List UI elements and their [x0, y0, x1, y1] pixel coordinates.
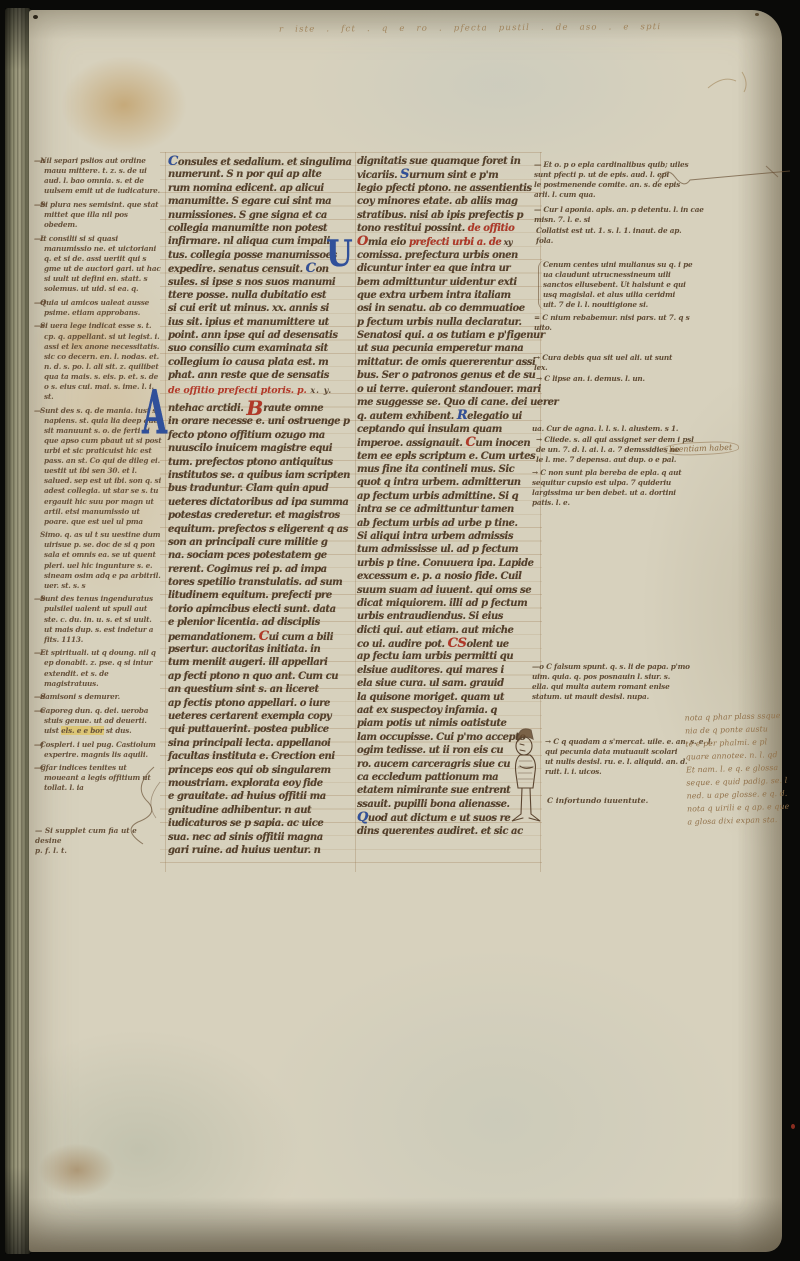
text-line: dicti qui. aut etiam. aut miche [357, 624, 535, 637]
gloss-line: = C nium rebabemur. nisi pars. ut 7. q s [534, 313, 689, 323]
text-line: dignitatis sue quamque foret in [357, 155, 535, 168]
text-line: infirmare. nl aliqua cum impali [168, 235, 344, 248]
gloss-entry: —c It consilii si si quasi manumissio ne… [35, 234, 162, 295]
right-gloss-group: ua. Cur de agna. l. l. s. l. alustem. s … [532, 424, 678, 434]
text-line: quot q intra urbem. admitterun [357, 476, 535, 489]
gloss-text: Cospleri. i uel pug. Castiolum experire.… [35, 740, 162, 760]
text-line: Senatosi qui. a os tutiam e p'figenur [357, 329, 535, 342]
text-line: na. sociam pces potestatem ge [168, 549, 344, 562]
right-gloss-group: Collatist est ut. 1. s. l. 1. inaut. de … [536, 226, 682, 246]
gloss-text: Et spirituali. ut q doung. nil q ep dona… [35, 648, 162, 688]
gloss-line: uito. [534, 323, 689, 333]
gloss-line: — Cur l aponia. apls. an. p detentu. l. … [534, 205, 704, 215]
text-line: si cui erit ut minus. xx. annis si [168, 302, 344, 315]
text-line: moustriam. explorata eoy fide [168, 777, 344, 790]
cursive-marginalia: nota q phar plass ssquenia de q ponte au… [684, 709, 799, 829]
text-line: gari ruine. ad huius uentur. n [168, 844, 344, 857]
gloss-text: Nil separi pslios aut ordine mauu mitter… [35, 156, 162, 196]
text-line: sina principali lecta. appellanoi [168, 737, 344, 750]
gloss-line: Collatist est ut. 1. s. l. 1. inaut. de … [536, 226, 682, 236]
figure-below-note: C infortundo iuuentute. [547, 796, 648, 805]
text-line: urbis entraudiendus. Si eius [357, 610, 535, 623]
text-line: manumitte. S egare cui sint ma [168, 195, 344, 208]
rubric-tail: x. y. [307, 385, 333, 395]
text-line: Consules et sedalium. et singulima [168, 155, 344, 168]
gloss-line: le l. me. 7 depensa. aut dup. o e pal. [536, 455, 694, 465]
text-line: institutos se. a quibus iam scripten [168, 469, 344, 482]
text-line: nuuscilo inuicem magistre equi [168, 442, 344, 455]
gloss-line: usq magislal. et alus uilia ceridmi [543, 290, 692, 300]
text-line: numissiones. S gne signa et ca [168, 209, 344, 222]
text-line: e grauitate. ad huius offitii ma [168, 790, 344, 803]
text-line: sua. nec ad sinis offitii magna [168, 831, 344, 844]
text-line: tores spetilio transtulatis. ad sum [168, 576, 344, 589]
left-gloss-column: —a Nil separi pslios aut ordine mauu mit… [35, 156, 162, 797]
text-line: ela siue cura. ul sam. grauid [357, 677, 535, 690]
text-line: vicariis. Surnum sint e p'm [357, 168, 535, 181]
text-line: son an principali cure militie g [168, 536, 344, 549]
text-line: elsiue auditores. qui mares i [357, 664, 535, 677]
gloss-text: Quia ui amicos ualeat ausse psime. etiam… [35, 298, 162, 318]
gloss-text: Caporeg dun. q. dei. ueroba stuis genue.… [35, 706, 162, 736]
right-gloss-group: — Cur l aponia. apls. an. p detentu. l. … [534, 205, 704, 225]
text-line: bus traduntur. Clam quin apud [168, 482, 344, 495]
illuminated-initial-u: U [326, 236, 353, 272]
text-line: suum suam ad iuuent. qui oms se [357, 584, 535, 597]
gloss-line: ella. qui multa autem romant enlse [532, 682, 690, 692]
text-line: sules. si ipse s nos suos manumi [168, 276, 344, 289]
gloss-entry: Simo. q. as ul t su uestine dum uirisue … [35, 530, 162, 591]
text-line: ttere posse. nulla dubitatio est [168, 289, 344, 302]
text-line: e plenior licentia. ad disciplis [168, 616, 344, 629]
red-rubric: de offitio prefecti ptoris. p. x. y. [168, 385, 332, 396]
text-line: ap fectis ptono appellari. o iure [168, 697, 344, 710]
text-line: bem admittuntur uidentur exti [357, 276, 535, 289]
text-line: torio apimcibus electi sunt. data [168, 603, 344, 616]
gloss-line: → C lipse an. i. demus. l. un. [536, 374, 645, 384]
tie-mark: —g [34, 763, 46, 773]
text-line: que extra urbem intra italiam [357, 289, 535, 302]
gloss-line: sanctos ellusebent. Ut halsiunt e qui [543, 280, 692, 290]
gloss-text: Simo. q. as ul t su uestine dum uirisue … [35, 530, 162, 591]
right-gloss-group: → Cura debis qua sit uel ali. ut suntlex… [534, 353, 672, 373]
gloss-text: Sunt des tenus ingenduratus pulsilei ual… [35, 594, 162, 644]
text-line: ab fectum urbis ad urbe p tine. [357, 517, 535, 530]
text-line: tum admississe ul. ad p fectum [357, 543, 535, 556]
text-line: tus. collegia posse manumissoes [168, 249, 344, 262]
tie-mark: —d [34, 298, 46, 308]
gloss-entry: —d Samisoni s demurer. [35, 692, 162, 702]
text-line: tum. prefectos ptono antiquitus [168, 456, 344, 469]
gloss-line: fola. [536, 236, 682, 246]
gloss-line: → C non sunt pla bereba de epla. q aut [532, 468, 681, 478]
text-line: numerunt. S n por qui ap alte [168, 168, 344, 181]
gloss-line: lex. [534, 363, 672, 373]
pen-flourish [648, 158, 796, 198]
gloss-line: sequitur cupsio est ulpa. 7 quideriu [532, 478, 681, 488]
text-line: o ui terre. quieront standouer. mari [357, 383, 535, 396]
right-gloss-group-braced: Cenum centes uini mulianus su q. i peua … [538, 260, 692, 310]
top-inscription: r iste . fct . q e ro . pfecta pustil . … [279, 21, 779, 34]
gloss-line: patis. l. e. [532, 498, 681, 508]
right-gloss-group: —o C falsum spunt. q. s. li de papa. p'm… [532, 662, 690, 702]
right-gloss-group: → C non sunt pla bereba de epla. q autse… [532, 468, 681, 508]
tie-mark: —a [34, 156, 45, 166]
tie-mark: —c [34, 234, 45, 244]
tie-mark: —b [34, 200, 46, 210]
vertical-rule [355, 152, 356, 872]
text-line: phat. ann reste que de sensatis [168, 369, 344, 382]
right-gloss-group: = C nium rebabemur. nisi pars. ut 7. q s… [534, 313, 689, 333]
gloss-entry: —e Caporeg dun. q. dei. ueroba stuis gen… [35, 706, 162, 736]
text-line: pemandationem. Cui cum a bili [168, 630, 344, 643]
text-line: in orare necesse e. uni ostruenge p [168, 415, 344, 428]
gloss-line: → Cliede. s. all qui assignet ser dem i … [536, 435, 694, 445]
red-speck [791, 1124, 795, 1129]
text-line: ius sit. ipius et manumittere ut [168, 316, 344, 329]
gloss-line: —o C falsum spunt. q. s. li de papa. p'm… [532, 662, 690, 672]
illuminated-initial-a: A [142, 382, 167, 442]
text-line: tem ee epls scriptum e. Cum urtes [357, 450, 535, 463]
text-line: coy minores etate. ab aliis mag [357, 195, 535, 208]
text-line: p fectum urbis nulla declaratur. [357, 316, 535, 329]
text-line: imperoe. assignauit. Cum inocen [357, 436, 535, 449]
gloss-entry: —a Nil separi pslios aut ordine mauu mit… [35, 156, 162, 196]
tie-mark: —c [34, 648, 45, 658]
text-line: co ui. audire pot. CSolent ue [357, 637, 535, 650]
text-line: ap fectu iam urbis permitti qu [357, 650, 535, 663]
text-line: iudicaturos se p sapia. ac uice [168, 817, 344, 830]
text-line: intra se ce admittuntur tamen [357, 503, 535, 516]
text-line: ntehac arctidi. Braute omne [168, 402, 344, 415]
tie-mark: —d [34, 692, 46, 702]
gloss-line: ua. Cur de agna. l. l. s. l. alustem. s … [532, 424, 678, 434]
text-column-1-upper: Consules et sedalium. et singulimanumeru… [168, 155, 344, 383]
gloss-line: largissima ur ben debet. ut a. dortini [532, 488, 681, 498]
text-line: ut sua pecunia emperetur mana [357, 342, 535, 355]
text-line: rerent. Cogimus rei p. ad impa [168, 563, 344, 576]
corner-mark [700, 64, 762, 96]
text-line: Si aliqui intra urbem admissis [357, 530, 535, 543]
text-line: ueteres dictatoribus ad ipa summa [168, 496, 344, 509]
gloss-entry: —c Et spirituali. ut q doung. nil q ep d… [35, 648, 162, 688]
manuscript-photo: r iste . fct . q e ro . pfecta pustil . … [0, 0, 800, 1261]
text-line: suo consilio cum examinata sit [168, 342, 344, 355]
marginal-figure-drawing [508, 724, 550, 830]
tie-mark: —b [34, 594, 46, 604]
gloss-entry: —f Cospleri. i uel pug. Castiolum experi… [35, 740, 162, 760]
text-line: comissa. prefectura urbis onen [357, 249, 535, 262]
tie-mark: — [34, 406, 41, 416]
text-line: point. ann ipse qui ad desensatis [168, 329, 344, 342]
gloss-line: Cenum centes uini mulianus su q. i pe [543, 260, 692, 270]
tie-mark: —f [34, 740, 44, 750]
gloss-text: Samisoni s demurer. [35, 692, 162, 702]
text-line: litudinem equitum. prefecti pre [168, 589, 344, 602]
gloss-text: It consilii si si quasi manumissio ne. e… [35, 234, 162, 295]
text-line: mus fine ita contineli mus. Sic [357, 463, 535, 476]
text-line: equitum. prefectos s eligerent q as [168, 523, 344, 536]
text-line: rum nomina edicent. ap alicui [168, 182, 344, 195]
text-line: q. autem exhibent. Relegatio ui [357, 409, 535, 422]
text-line: me suggesse se. Quo di cane. dei uerer [357, 396, 535, 409]
text-line: ap fectum urbis admittine. Si q [357, 490, 535, 503]
right-gloss-group: → C lipse an. i. demus. l. un. [536, 374, 645, 384]
ink-speck [755, 13, 759, 16]
text-line: ceptando qui insulam quam [357, 423, 535, 436]
text-line: an questium sint s. an liceret [168, 683, 344, 696]
text-line: qui puttauerint. postea publice [168, 723, 344, 736]
text-line: bus. Ser o patronos genus et de su [357, 369, 535, 382]
text-line: ueteres certarent exempla copy [168, 710, 344, 723]
gloss-line: → Cura debis qua sit uel ali. ut sunt [534, 353, 672, 363]
text-line: excessum e. p. a nosio fide. Cuil [357, 570, 535, 583]
text-line: dicat miquiorem. illi ad p fectum [357, 597, 535, 610]
book-page-edges [5, 8, 31, 1254]
gloss-line: ua claudunt utrucnessineum uili [543, 270, 692, 280]
text-line: dicuntur inter ea que intra ur [357, 262, 535, 275]
rubric-text: de offitio prefecti ptoris. p. [168, 385, 307, 396]
text-line: osi in senatu. ab co demmuatioe [357, 302, 535, 315]
text-line: collegium io causa plata est. m [168, 356, 344, 369]
tie-mark: —e [34, 321, 45, 331]
gloss-entry: —b Sunt des tenus ingenduratus pulsilei … [35, 594, 162, 644]
text-column-1-lower: ntehac arctidi. Braute omnein orare nece… [168, 402, 344, 857]
gloss-entry: —b Si plura nes semisint. que stat mitte… [35, 200, 162, 230]
gloss-line: uit. 7 de l. l. nouitigione si. [543, 300, 692, 310]
pen-doodle [112, 762, 170, 850]
gloss-entry: —d Quia ui amicos ualeat ausse psime. et… [35, 298, 162, 318]
text-line: facultas instituta e. Crection eni [168, 750, 344, 763]
gloss-line: misn. 7. l. e. si [534, 215, 704, 225]
text-line: la quisone moriget. quam ut [357, 691, 535, 704]
ink-speck [33, 15, 38, 19]
text-line: gnitudine adhibentur. n aut [168, 804, 344, 817]
manuscript-page: r iste . fct . q e ro . pfecta pustil . … [29, 10, 782, 1252]
marginalia-line: a glosa dixi expan sta. [687, 813, 799, 829]
text-line: mittatur. de omis quererentur assi [357, 356, 535, 369]
text-line: tum meniit augeri. ill appellari [168, 656, 344, 669]
text-line: ap fecti ptono n quo ant. Cum cu [168, 670, 344, 683]
text-line: collegia manumitte non potest [168, 222, 344, 235]
gloss-line: statum. ut mauit desisl. nupa. [532, 692, 690, 702]
text-line: potestas crederetur. et magistros [168, 509, 344, 522]
text-line: urbis p tine. Conuuera ipa. Lapide [357, 557, 535, 570]
text-line: aat ex suspectoy infamia. q [357, 704, 535, 717]
text-line: psertur. auctoritas initiata. in [168, 643, 344, 656]
text-line: stratibus. nisi ab ipis prefectis p [357, 209, 535, 222]
gloss-text: Si plura nes semisint. que stat mittet q… [35, 200, 162, 230]
text-line: Omia eio prefecti urbi a. de xy [357, 235, 535, 248]
text-line: expedire. senatus censuit. Con [168, 262, 344, 275]
text-line: legio pfecti ptono. ne assentientis [357, 182, 535, 195]
gloss-line: uim. quia. q. pos posnauin l. siur. s. [532, 672, 690, 682]
text-line: princeps eos qui ob singularem [168, 764, 344, 777]
text-line: tono restitui possint. de offitio [357, 222, 535, 235]
tie-mark: —e [34, 706, 45, 716]
text-line: fecto ptono offitium ozugo ma [168, 429, 344, 442]
